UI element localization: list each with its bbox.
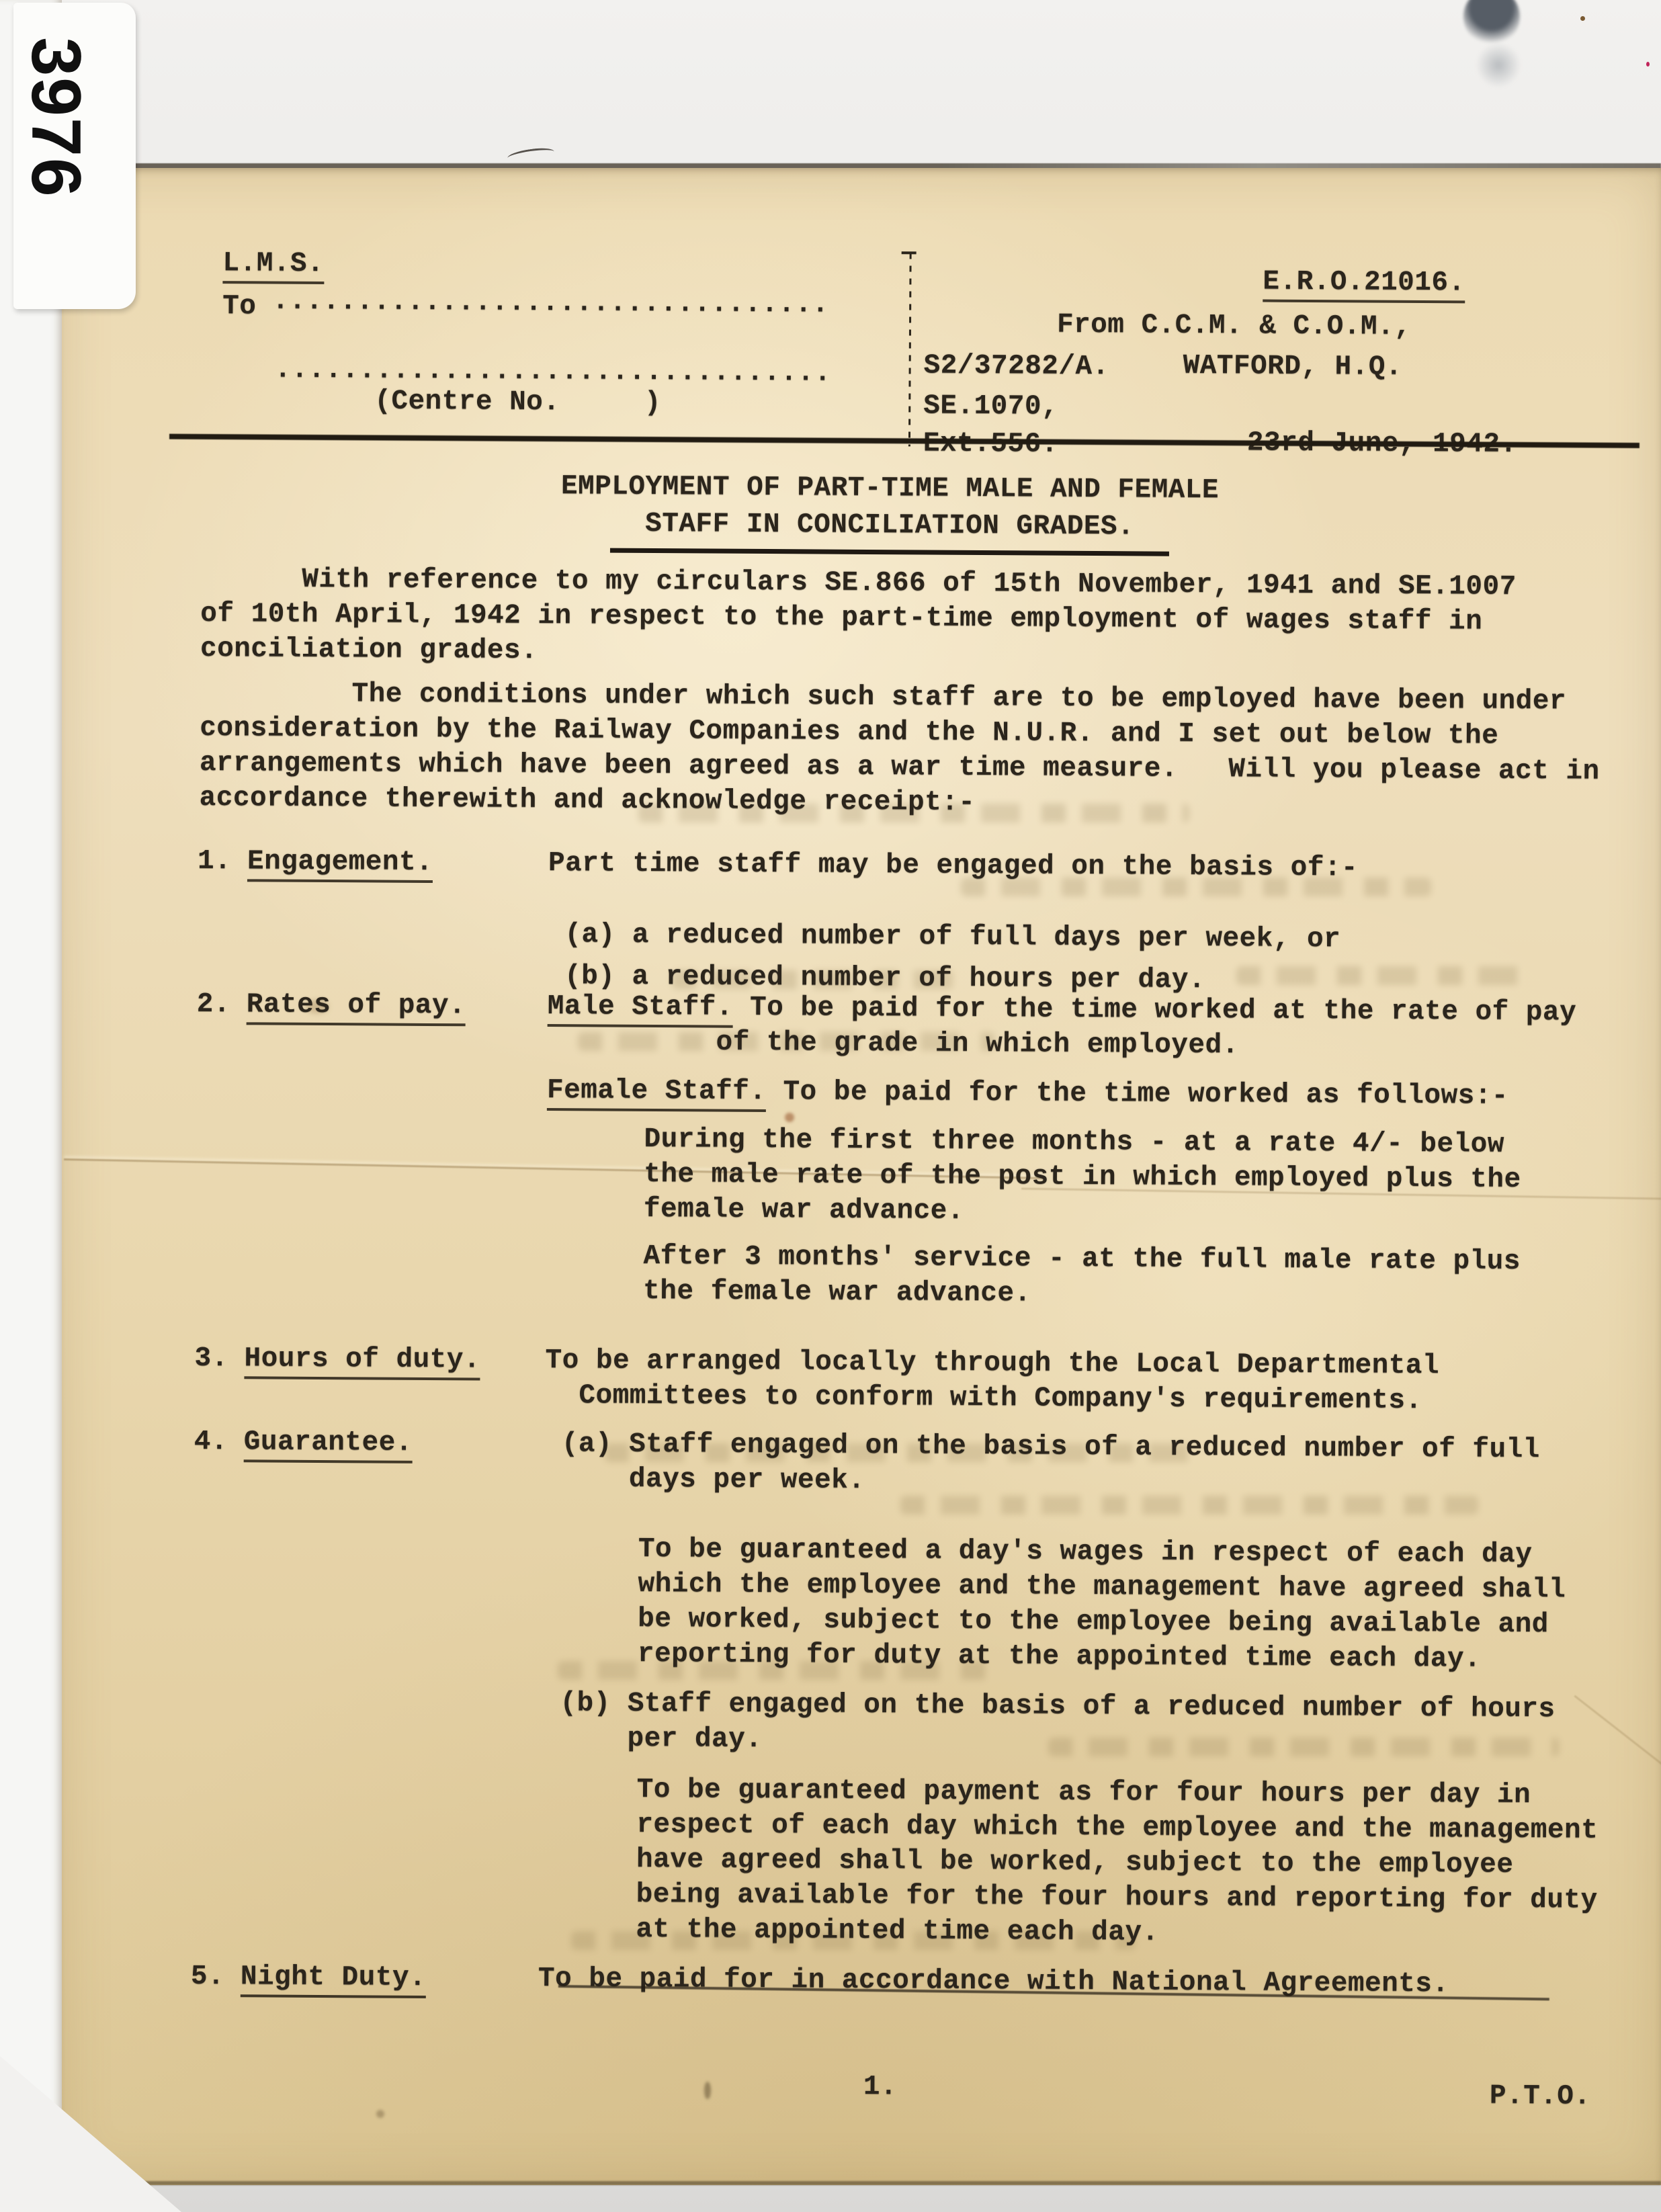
- ero-number-text: E.R.O.21016.: [1263, 267, 1465, 304]
- item-2-label: Rates of pay.: [247, 987, 466, 1023]
- item-4-sub-a-heading: (a) Staff engaged on the basis of a redu…: [561, 1427, 1540, 1502]
- male-staff-heading: Male Staff.: [548, 991, 733, 1028]
- paragraph-1: With reference to my circulars SE.866 of…: [200, 562, 1517, 675]
- office-location: WATFORD, H.Q.: [1183, 349, 1402, 385]
- item-5-number: 5.: [191, 1959, 225, 1994]
- item-1-label: Engagement.: [247, 844, 433, 880]
- company-initials-text: L.M.S.: [222, 248, 324, 284]
- item-2-number: 2.: [197, 987, 231, 1022]
- item-4-sub-b-body: To be guaranteed payment as for four hou…: [636, 1773, 1598, 1953]
- archive-tag: 3976: [13, 3, 136, 309]
- item-2-after-clause: After 3 months' service - at the full ma…: [643, 1239, 1521, 1314]
- ero-number: E.R.O.21016.: [1263, 265, 1465, 301]
- document-title: EMPLOYMENT OF PART-TIME MALE AND FEMALE …: [376, 467, 1404, 557]
- item-5-label-text: Night Duty.: [241, 1961, 426, 1998]
- pto-note: P.T.O.: [1490, 2079, 1591, 2115]
- reference-number: S2/37282/A.: [923, 348, 1109, 384]
- female-staff-text: To be paid for the time worked as follow…: [766, 1076, 1508, 1112]
- item-1-text: Part time staff may be engaged on the ba…: [548, 846, 1358, 886]
- item-2-male-staff: Male Staff. To be paid for the time work…: [547, 989, 1576, 1065]
- item-1-sub-a: (a) a reduced number of full days per we…: [564, 917, 1340, 957]
- scanned-document-page: L.M.S. To ..............................…: [0, 0, 1661, 2212]
- item-4-sub-b-heading: (b) Staff engaged on the basis of a redu…: [560, 1686, 1556, 1762]
- se-number: SE.1070,: [923, 388, 1058, 424]
- header-divider-dashed: [908, 253, 912, 446]
- to-label: To: [222, 289, 257, 324]
- header-divider-tick: [902, 251, 917, 254]
- item-4-number: 4.: [194, 1424, 228, 1459]
- item-3-label: Hours of duty.: [244, 1341, 480, 1377]
- paragraph-2: The conditions under which such staff ar…: [200, 676, 1601, 824]
- title-line-1: EMPLOYMENT OF PART-TIME MALE AND FEMALE: [376, 467, 1404, 510]
- item-2-during-clause: During the first three months - at a rat…: [644, 1122, 1521, 1232]
- company-initials: L.M.S.: [222, 246, 324, 282]
- title-line-2: STAFF IN CONCILIATION GRADES.: [610, 506, 1169, 556]
- archive-number: 3976: [19, 37, 93, 198]
- item-3-label-text: Hours of duty.: [244, 1343, 480, 1380]
- item-2-female-staff: Female Staff. To be paid for the time wo…: [547, 1073, 1508, 1114]
- page-number: 1.: [863, 2070, 898, 2104]
- item-4-label-text: Guarantee.: [244, 1427, 413, 1463]
- centre-no-label: (Centre No. ): [374, 384, 661, 421]
- from-line: From C.C.M. & C.O.M.,: [1057, 308, 1411, 345]
- item-1-number: 1.: [198, 844, 232, 879]
- item-3-number: 3.: [194, 1341, 228, 1376]
- address-dotted-line-1: .................................: [272, 284, 829, 323]
- typed-content: L.M.S. To ..............................…: [0, 0, 1661, 2212]
- item-4-label: Guarantee.: [244, 1424, 413, 1461]
- item-3-text: To be arranged locally through the Local…: [545, 1343, 1439, 1418]
- item-1-label-text: Engagement.: [247, 846, 433, 883]
- female-staff-heading: Female Staff.: [547, 1075, 767, 1112]
- item-2-label-text: Rates of pay.: [247, 989, 466, 1026]
- item-4-sub-a-body: To be guaranteed a day's wages in respec…: [638, 1532, 1566, 1677]
- item-5-label: Night Duty.: [241, 1959, 426, 1996]
